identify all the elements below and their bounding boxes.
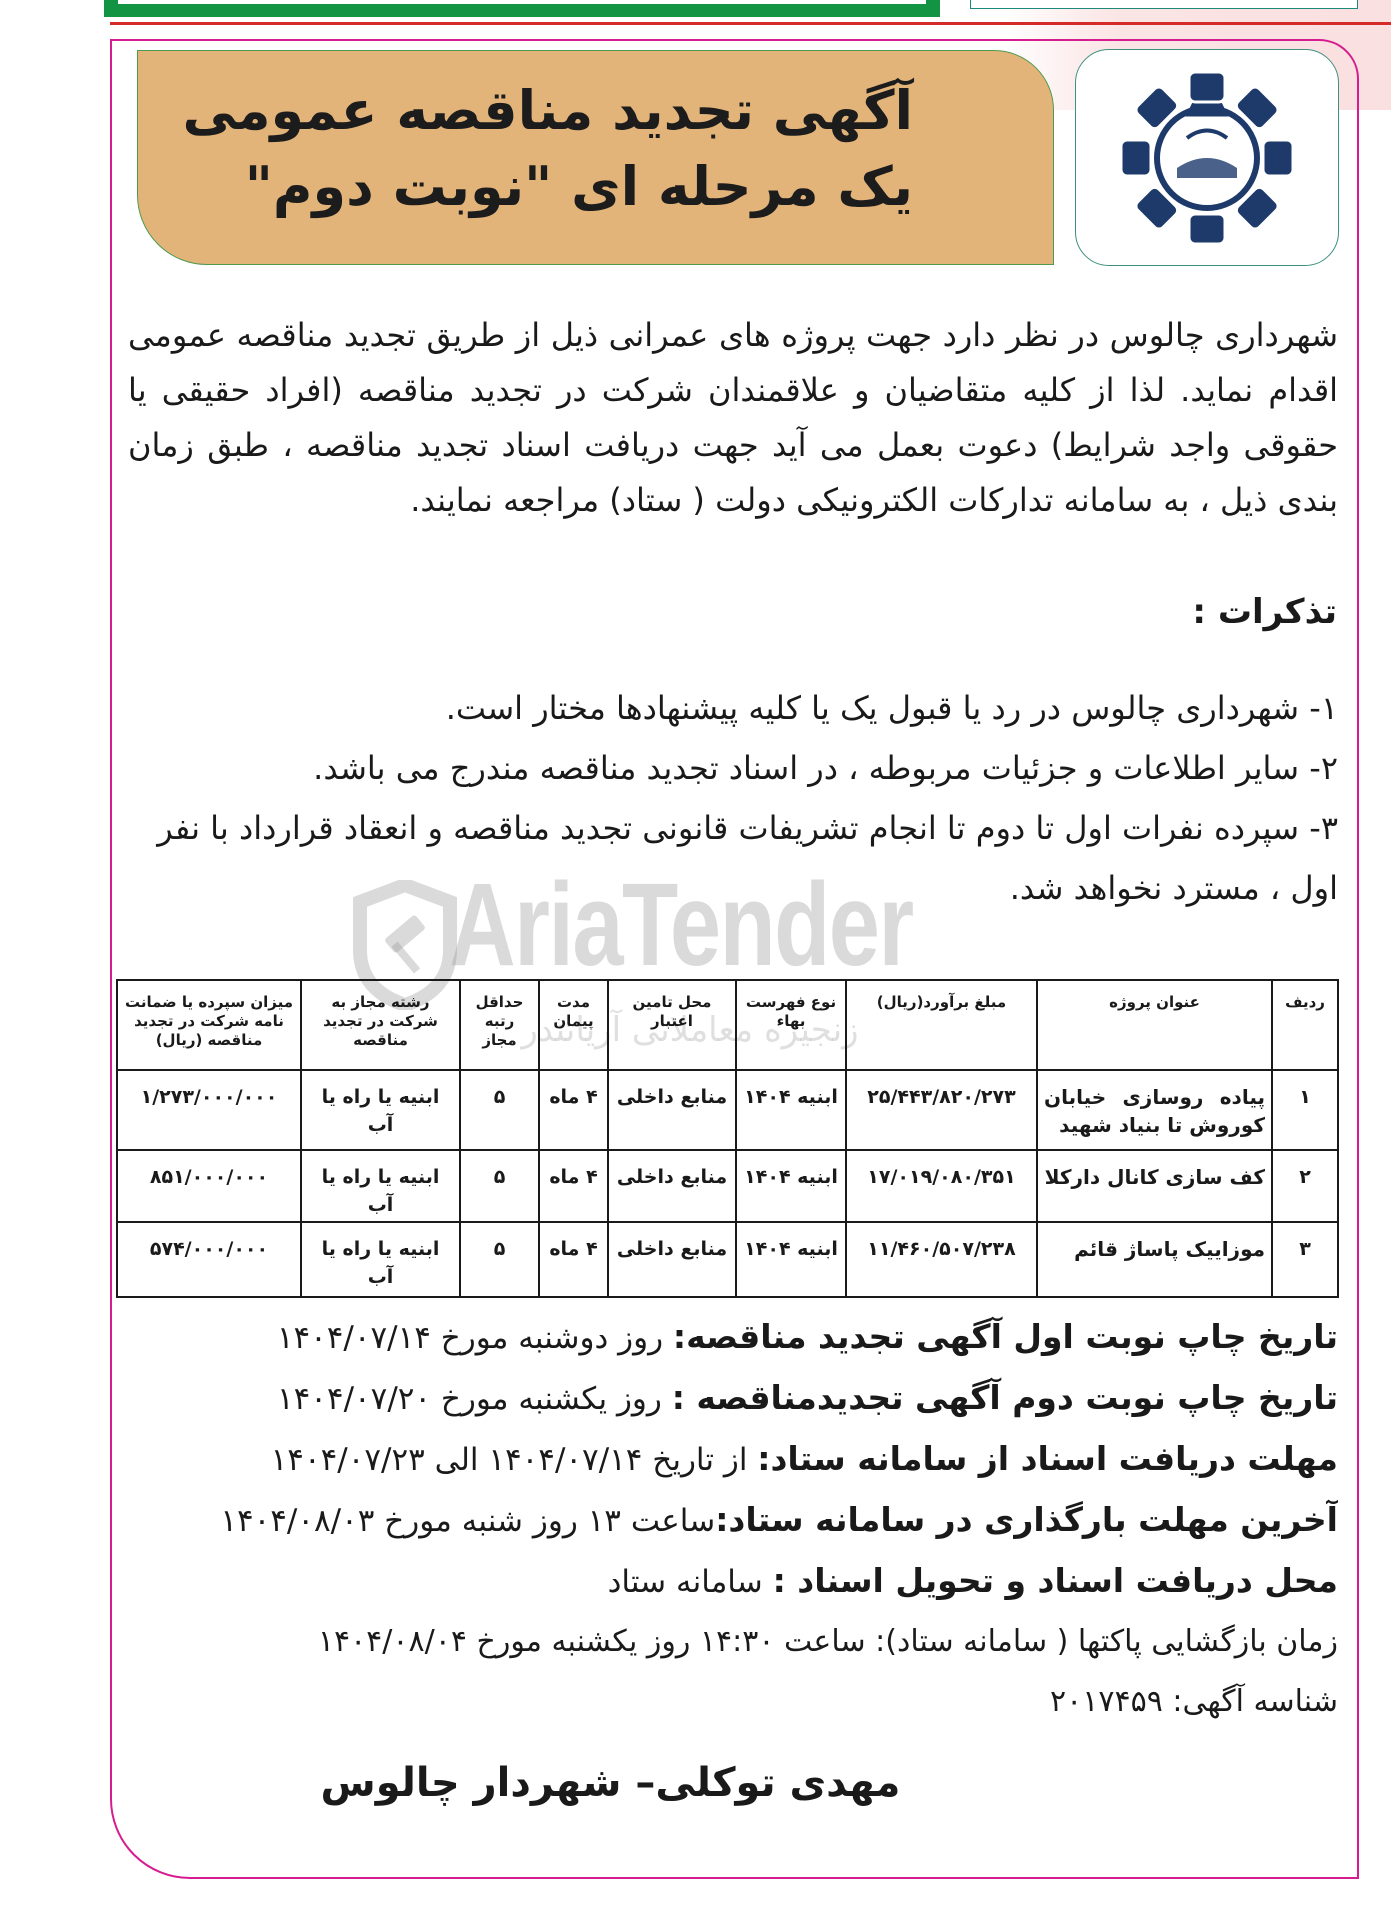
cell-min-rank: ۵	[460, 1150, 539, 1222]
note-item: ۱- شهرداری چالوس در رد یا قبول یک یا کلی…	[128, 678, 1338, 738]
schedule-label: آخرین مهلت بارگذاری در سامانه ستاد:	[715, 1500, 1338, 1539]
col-header-estimate: مبلغ برآورد(ریال)	[846, 980, 1037, 1070]
cell-field: ابنیه یا راه یا آب	[301, 1070, 460, 1150]
schedule-label: تاریخ چاپ نوبت دوم آگهی تجدیدمناقصه :	[672, 1378, 1338, 1417]
cell-min-rank: ۵	[460, 1070, 539, 1150]
col-header-price-list: نوع فهرست بهاء	[736, 980, 846, 1070]
schedule-doc-deadline: مهلت دریافت اسناد از سامانه ستاد: از تار…	[128, 1429, 1338, 1490]
table-header-row: ردیف عنوان پروژه مبلغ برآورد(ریال) نوع ف…	[117, 980, 1338, 1070]
signature: مهدی توکلی– شهردار چالوس	[0, 1760, 1391, 1806]
cell-deposit: ۱/۲۷۳/۰۰۰/۰۰۰	[117, 1070, 301, 1150]
cell-funding: منابع داخلی	[608, 1070, 736, 1150]
schedule-first-print: تاریخ چاپ نوبت اول آگهی تجدید مناقصه: رو…	[128, 1307, 1338, 1368]
schedule-value: روز یکشنبه مورخ ۱۴۰۴/۰۷/۲۰	[277, 1381, 672, 1417]
schedule-value: سامانه ستاد	[608, 1564, 773, 1600]
schedule-opening-time: زمان بازگشایی پاکتها ( سامانه ستاد): ساع…	[128, 1612, 1338, 1672]
cell-funding: منابع داخلی	[608, 1150, 736, 1222]
cell-price-list: ابنیه ۱۴۰۴	[736, 1070, 846, 1150]
ad-identifier: شناسه آگهی: ۲۰۱۷۴۵۹	[128, 1672, 1338, 1732]
cell-field: ابنیه یا راه یا آب	[301, 1222, 460, 1297]
projects-table: ردیف عنوان پروژه مبلغ برآورد(ریال) نوع ف…	[116, 979, 1339, 1298]
cell-duration: ۴ ماه	[539, 1070, 608, 1150]
col-header-duration: مدت پیمان	[539, 980, 608, 1070]
cell-project: موزاییک پاساژ قائم	[1037, 1222, 1272, 1297]
schedule-label: مهلت دریافت اسناد از سامانه ستاد:	[757, 1439, 1338, 1478]
notes-heading: تذکرات :	[1192, 585, 1337, 640]
schedule-doc-location: محل دریافت اسناد و تحویل اسناد : سامانه …	[128, 1551, 1338, 1612]
cell-estimate: ۲۵/۴۴۳/۸۲۰/۲۷۳	[846, 1070, 1037, 1150]
col-header-deposit: میزان سپرده یا ضمانت نامه شرکت در تجدید …	[117, 980, 301, 1070]
signature-text: مهدی توکلی– شهردار چالوس	[321, 1760, 901, 1806]
masthead-teal-box	[970, 0, 1358, 9]
schedule-value: روز دوشنبه مورخ ۱۴۰۴/۰۷/۱۴	[277, 1320, 673, 1356]
cell-deposit: ۵۷۴/۰۰۰/۰۰۰	[117, 1222, 301, 1297]
cell-row-no: ۱	[1272, 1070, 1338, 1150]
cell-price-list: ابنیه ۱۴۰۴	[736, 1222, 846, 1297]
cell-min-rank: ۵	[460, 1222, 539, 1297]
cell-estimate: ۱۱/۴۶۰/۵۰۷/۲۳۸	[846, 1222, 1037, 1297]
schedule-second-print: تاریخ چاپ نوبت دوم آگهی تجدیدمناقصه : رو…	[128, 1368, 1338, 1429]
schedule-block: تاریخ چاپ نوبت اول آگهی تجدید مناقصه: رو…	[128, 1307, 1338, 1732]
title-banner: آگهی تجدید مناقصه عمومی یک مرحله ای "نوب…	[137, 50, 1054, 265]
title-line-1: آگهی تجدید مناقصه عمومی	[158, 79, 913, 142]
table-row: ۱ پیاده روسازی خیابان کوروش تا بنیاد شهی…	[117, 1070, 1338, 1150]
col-header-row-no: ردیف	[1272, 980, 1338, 1070]
cell-estimate: ۱۷/۰۱۹/۰۸۰/۳۵۱	[846, 1150, 1037, 1222]
cell-project: کف سازی کانال دارکلا	[1037, 1150, 1272, 1222]
schedule-label: تاریخ چاپ نوبت اول آگهی تجدید مناقصه:	[673, 1317, 1338, 1356]
title-line-2: یک مرحله ای "نوبت دوم"	[158, 155, 913, 218]
col-header-project: عنوان پروژه	[1037, 980, 1272, 1070]
cell-deposit: ۸۵۱/۰۰۰/۰۰۰	[117, 1150, 301, 1222]
municipality-logo	[1075, 49, 1339, 266]
masthead-green-bar-inner	[118, 0, 926, 4]
schedule-value: از تاریخ ۱۴۰۴/۰۷/۱۴ الی ۱۴۰۴/۰۷/۲۳	[271, 1442, 758, 1478]
cell-funding: منابع داخلی	[608, 1222, 736, 1297]
cell-project: پیاده روسازی خیابان کوروش تا بنیاد شهید	[1037, 1070, 1272, 1150]
table-row: ۳ موزاییک پاساژ قائم ۱۱/۴۶۰/۵۰۷/۲۳۸ ابنی…	[117, 1222, 1338, 1297]
note-item: ۲- سایر اطلاعات و جزئیات مربوطه ، در اسن…	[128, 738, 1338, 798]
cell-price-list: ابنیه ۱۴۰۴	[736, 1150, 846, 1222]
cell-field: ابنیه یا راه یا آب	[301, 1150, 460, 1222]
col-header-field: رشته مجاز به شرکت در تجدید مناقصه	[301, 980, 460, 1070]
col-header-min-rank: حداقل رتبه مجاز	[460, 980, 539, 1070]
schedule-value: ساعت ۱۳ روز شنبه مورخ ۱۴۰۴/۰۸/۰۳	[220, 1503, 715, 1539]
masthead-red-rule	[110, 22, 1391, 25]
table-row: ۲ کف سازی کانال دارکلا ۱۷/۰۱۹/۰۸۰/۳۵۱ اب…	[117, 1150, 1338, 1222]
cell-duration: ۴ ماه	[539, 1222, 608, 1297]
intro-paragraph: شهرداری چالوس در نظر دارد جهت پروژه های …	[128, 308, 1338, 528]
col-header-funding: محل تامین اعتبار	[608, 980, 736, 1070]
watermark-brand: AriaTender	[340, 870, 886, 980]
cell-row-no: ۳	[1272, 1222, 1338, 1297]
schedule-label: محل دریافت اسناد و تحویل اسناد :	[773, 1561, 1338, 1600]
cell-row-no: ۲	[1272, 1150, 1338, 1222]
cell-duration: ۴ ماه	[539, 1150, 608, 1222]
schedule-upload-deadline: آخرین مهلت بارگذاری در سامانه ستاد:ساعت …	[128, 1490, 1338, 1551]
municipality-emblem-icon	[1107, 63, 1307, 253]
